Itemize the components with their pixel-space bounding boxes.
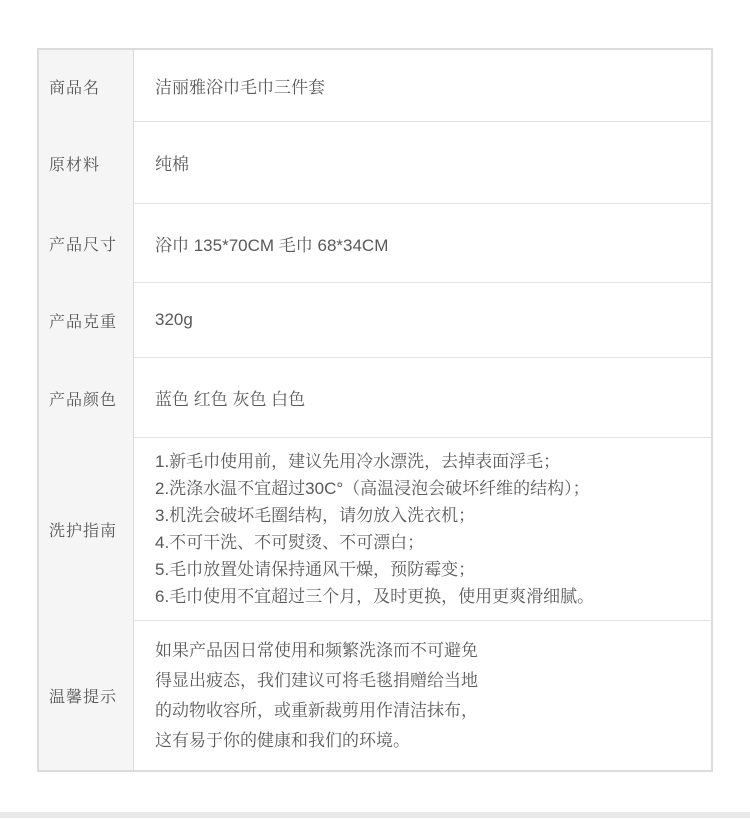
spec-value-size: 浴巾 135*70CM 毛巾 68*34CM [134,204,711,283]
spec-value-weight: 320g [134,283,711,358]
spec-label-material: 原材料 [39,122,134,204]
product-spec-table: 商品名 洁丽雅浴巾毛巾三件套 原材料 纯棉 产品尺寸 浴巾 135*70CM 毛… [37,48,713,772]
spec-label-warm-tips: 温馨提示 [39,621,134,770]
spec-value-color: 蓝色 红色 灰色 白色 [134,358,711,438]
spec-label-product-name: 商品名 [39,50,134,122]
spec-value-warm-tips: 如果产品因日常使用和频繁洗涤而不可避免 得显出疲态，我们建议可将毛毯捐赠给当地 … [134,621,711,770]
bottom-divider [0,812,750,818]
spec-label-care-guide: 洗护指南 [39,438,134,621]
spec-value-material: 纯棉 [134,122,711,204]
spec-label-color: 产品颜色 [39,358,134,438]
spec-value-care-guide: 1.新毛巾使用前，建议先用冷水漂洗，去掉表面浮毛； 2.洗涤水温不宜超过30C°… [134,438,711,621]
spec-label-size: 产品尺寸 [39,204,134,283]
spec-value-product-name: 洁丽雅浴巾毛巾三件套 [134,50,711,122]
spec-label-weight: 产品克重 [39,283,134,358]
